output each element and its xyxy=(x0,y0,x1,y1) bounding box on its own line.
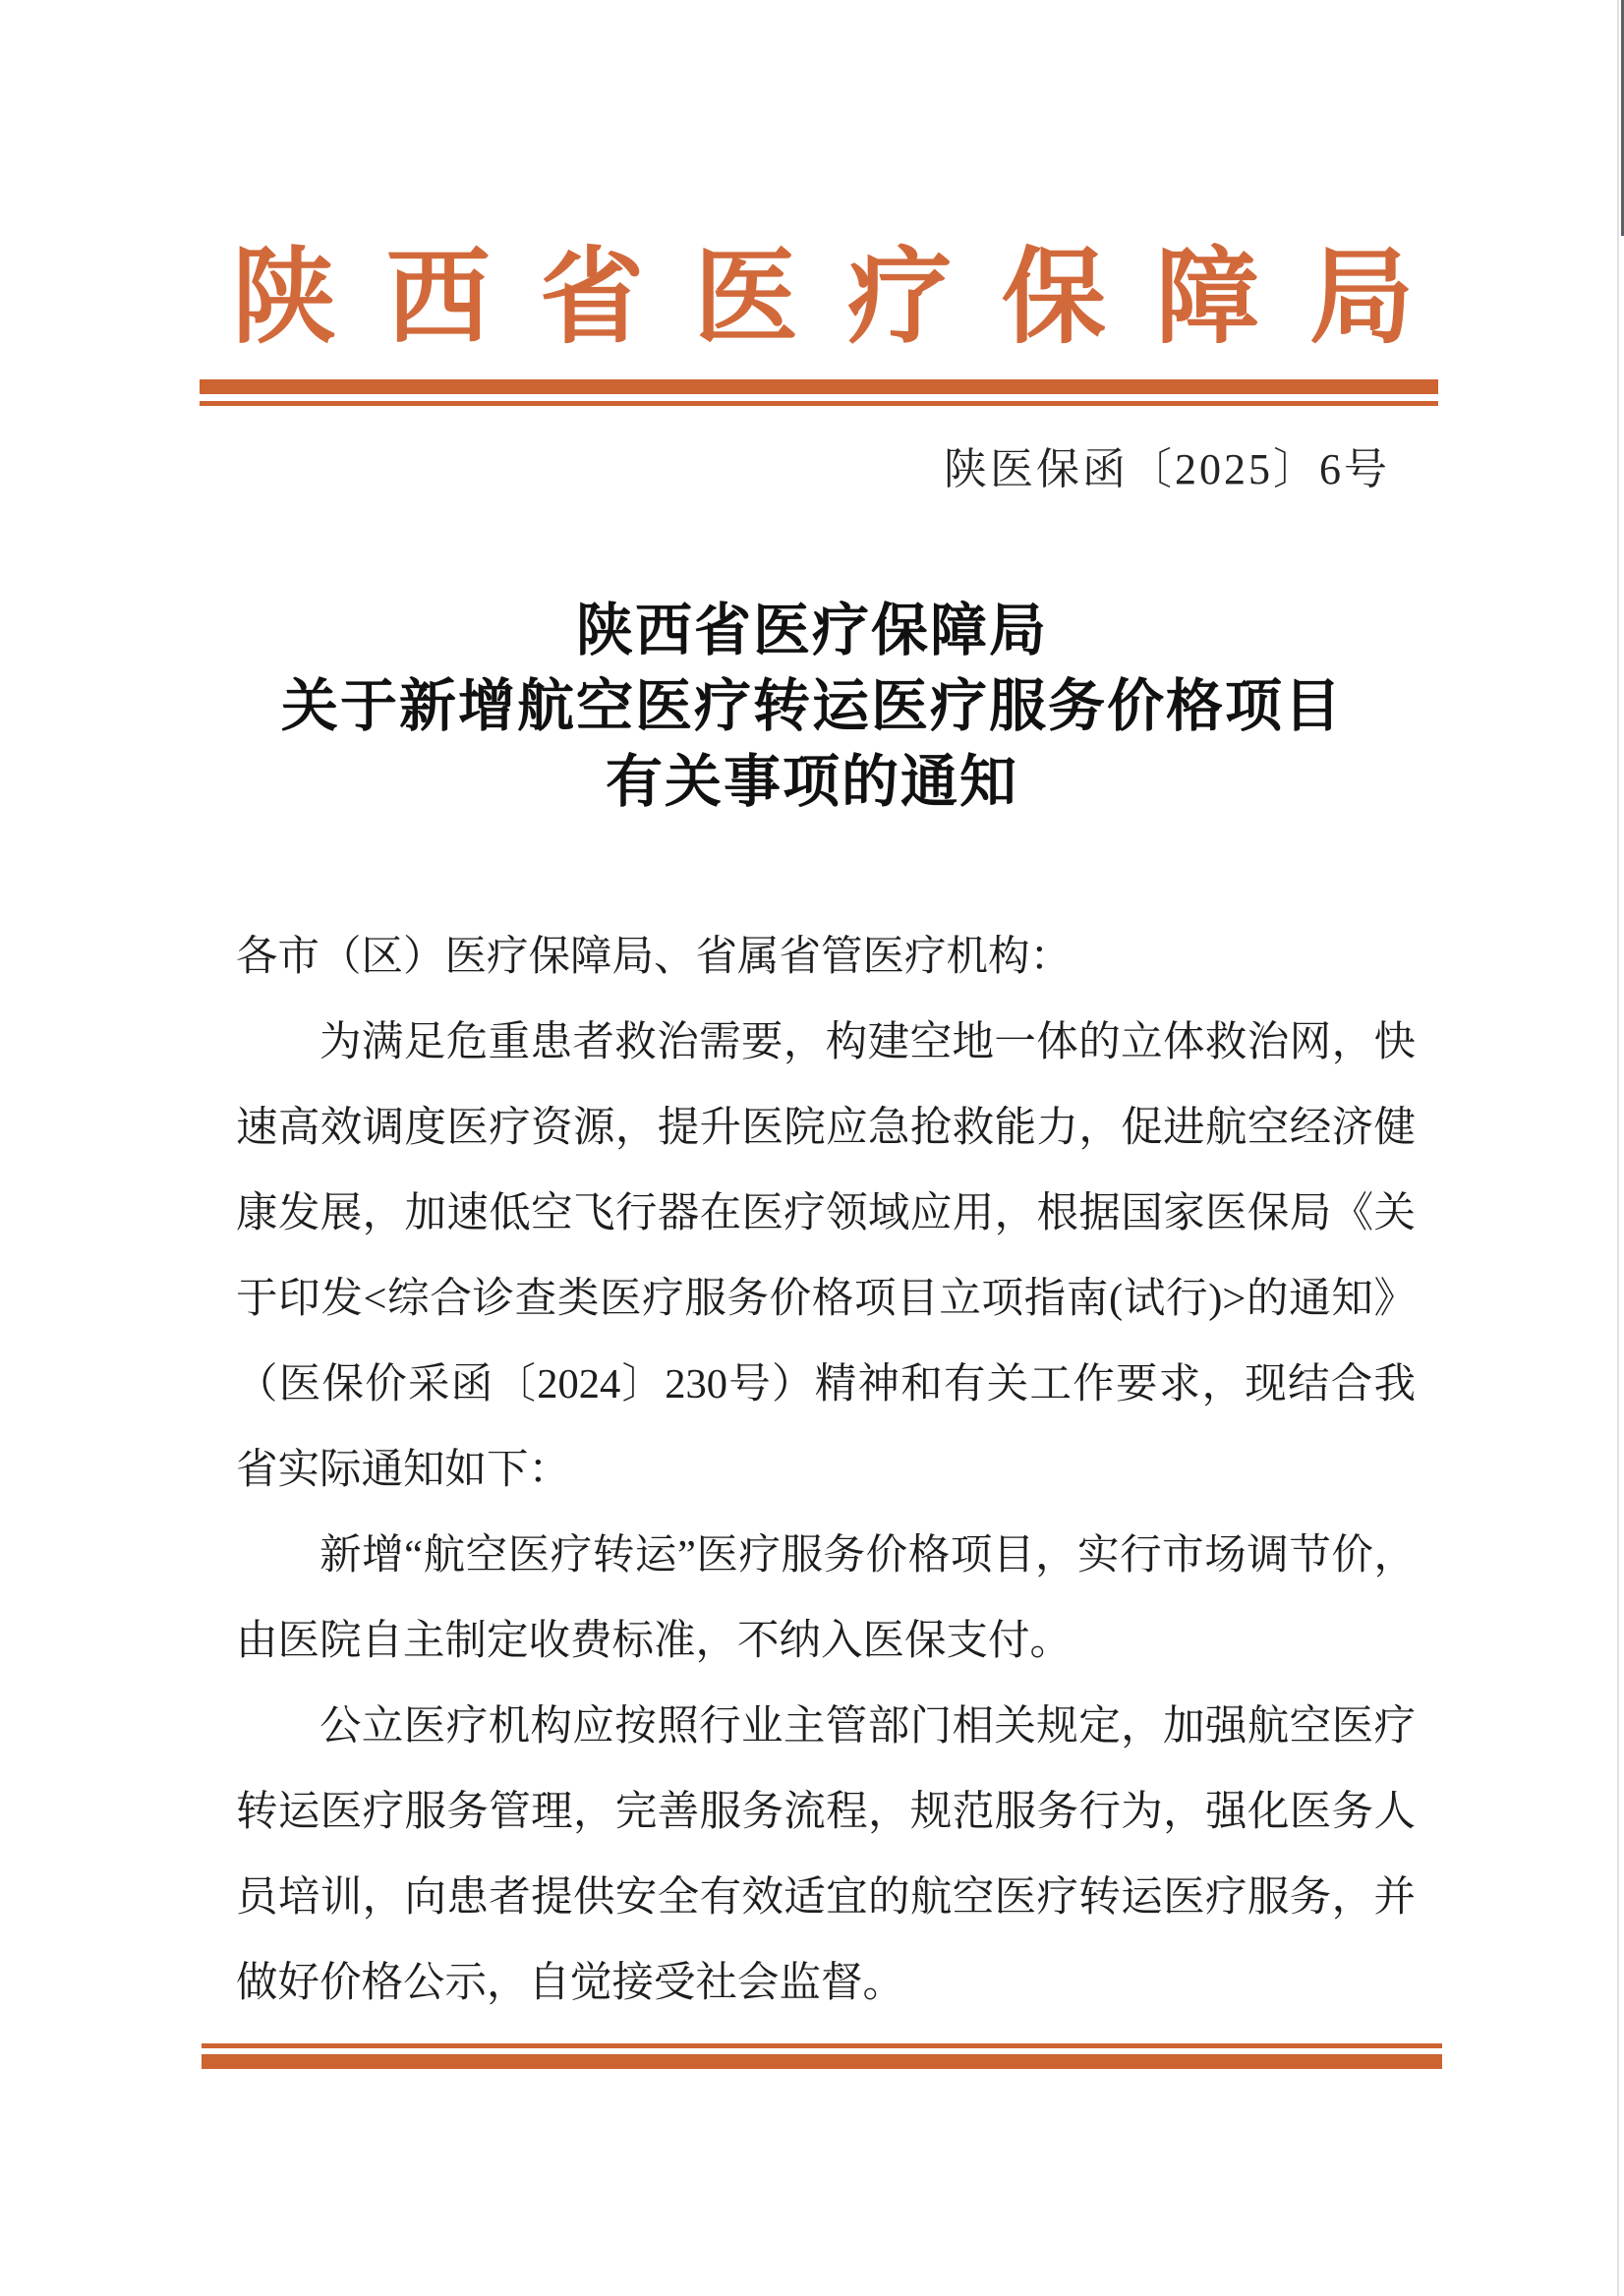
title-line-3: 有关事项的通知 xyxy=(0,744,1624,820)
body-paragraph-3: 公立医疗机构应按照行业主管部门相关规定，加强航空医疗转运医疗服务管理，完善服务流… xyxy=(236,1684,1416,2026)
document-number: 陕医保函〔2025〕6号 xyxy=(944,444,1390,495)
document-page: 陕西省医疗保障局 陕医保函〔2025〕6号 陕西省医疗保障局 关于新增航空医疗转… xyxy=(0,0,1624,2296)
salutation: 各市（区）医疗保障局、省属省管医疗机构： xyxy=(236,914,1416,1000)
footer-rule-thick xyxy=(202,2054,1442,2069)
letterhead-rule-thick xyxy=(200,379,1438,394)
body-paragraph-1: 为满足危重患者救治需要，构建空地一体的立体救治网，快速高效调度医疗资源，提升医院… xyxy=(236,1000,1416,1513)
title-line-1: 陕西省医疗保障局 xyxy=(0,593,1624,668)
document-title: 陕西省医疗保障局 关于新增航空医疗转运医疗服务价格项目 有关事项的通知 xyxy=(0,593,1624,820)
footer-rule-thin xyxy=(202,2043,1442,2048)
body-paragraph-2: 新增“航空医疗转运”医疗服务价格项目，实行市场调节价，由医院自主制定收费标准，不… xyxy=(236,1513,1416,1684)
letterhead-rule-thin xyxy=(200,401,1438,406)
letterhead-title: 陕西省医疗保障局 xyxy=(232,240,1414,358)
document-body: 各市（区）医疗保障局、省属省管医疗机构： 为满足危重患者救治需要，构建空地一体的… xyxy=(236,914,1416,2026)
title-line-2: 关于新增航空医疗转运医疗服务价格项目 xyxy=(0,668,1624,744)
scan-edge-artifact xyxy=(1617,0,1619,2296)
